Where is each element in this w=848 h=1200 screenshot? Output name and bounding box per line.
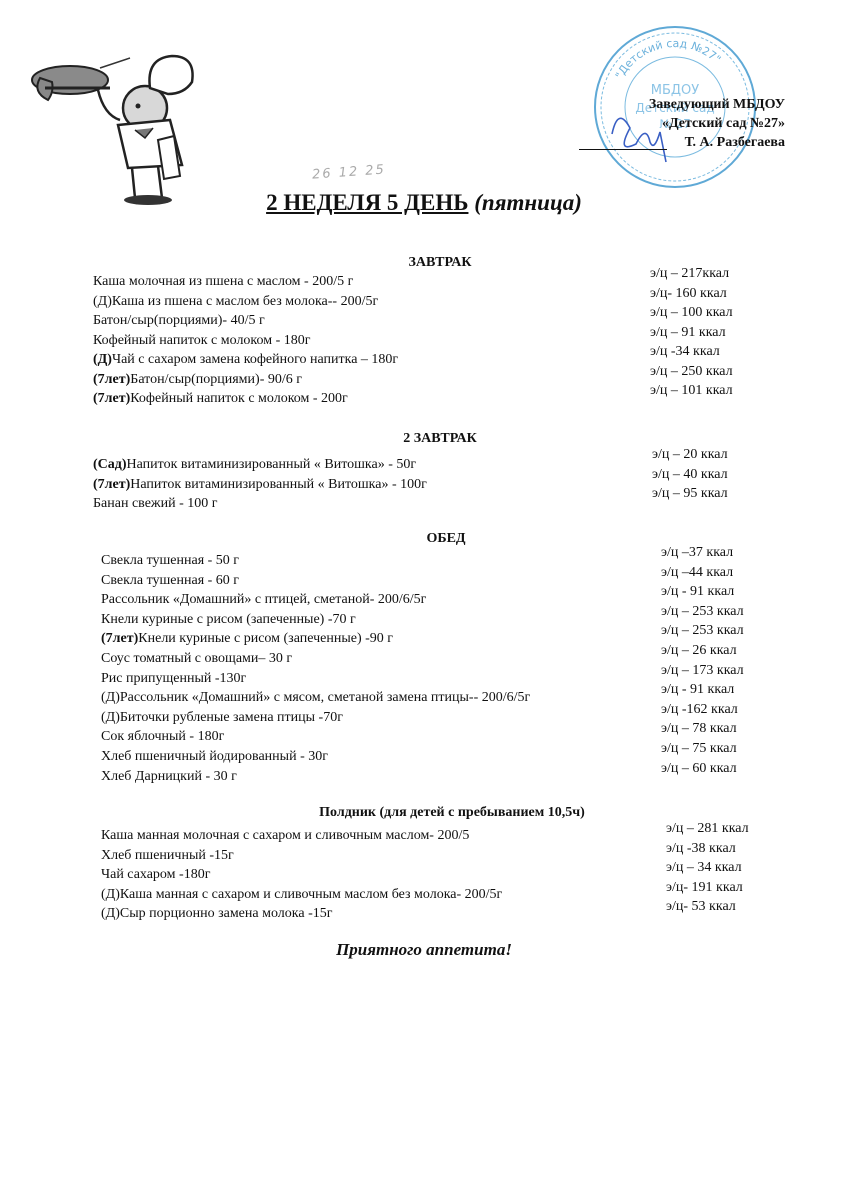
menu-item: Хлеб Дарницкий - 30 г <box>101 767 237 786</box>
menu-item: (7лет)Кофейный напиток с молоком - 200г <box>93 389 348 408</box>
menu-item-energy-value: э/ц- 160 ккал <box>650 284 727 303</box>
menu-item: Свекла тушенная - 60 г <box>101 571 239 590</box>
menu-item-energy-value: э/ц – 34 ккал <box>666 858 742 877</box>
menu-item: Рассольник «Домашний» с птицей, сметаной… <box>101 590 426 609</box>
menu-item-name: Хлеб пшеничный -15г <box>101 848 234 863</box>
menu-item-energy-value: э/ц -34 ккал <box>650 342 720 361</box>
menu-item-name: Рассольник «Домашний» с птицей, сметаной… <box>101 592 426 607</box>
menu-item-name: (Д)Каша манная с сахаром и сливочным мас… <box>101 887 502 902</box>
svg-text:"Детский сад №27": "Детский сад №27" <box>613 37 724 81</box>
menu-item-name: Батон/сыр(порциями)- 90/6 г <box>130 372 302 387</box>
menu-item-name: (Д)Рассольник «Домашний» с мясом, сметан… <box>101 690 530 705</box>
title-weekday-name: (пятница) <box>474 190 582 215</box>
menu-item: (7лет)Напиток витаминизированный « Витош… <box>93 475 427 494</box>
menu-item-name: Кнели куриные с рисом (запеченные) -90 г <box>138 631 393 646</box>
menu-item-name: Чай сахаром -180г <box>101 867 210 882</box>
menu-item: Хлеб пшеничный йодированный - 30г <box>101 747 328 766</box>
closing-wish: Приятного аппетита! <box>0 940 848 960</box>
menu-item-energy-value: э/ц - 91 ккал <box>661 582 734 601</box>
title-week-day: 2 НЕДЕЛЯ 5 ДЕНЬ <box>266 190 468 215</box>
menu-item: (Сад)Напиток витаминизированный « Витошк… <box>93 455 416 474</box>
menu-item-group-prefix: (Д) <box>93 352 112 367</box>
menu-item-group-prefix: (7лет) <box>93 372 130 387</box>
menu-item-energy-value: э/ц -38 ккал <box>666 839 736 858</box>
menu-item-energy-value: э/ц – 40 ккал <box>652 465 728 484</box>
menu-item-name: Рис припущенный -130г <box>101 671 246 686</box>
section-heading: Полдник (для детей с пребыванием 10,5ч) <box>252 805 652 821</box>
menu-item-energy-value: э/ц -162 ккал <box>661 700 738 719</box>
approval-organization: «Детский сад №27» <box>575 114 785 133</box>
stamp-ring-text: "Детский сад №27" <box>613 37 724 81</box>
menu-item: (Д)Биточки рубленые замена птицы -70г <box>101 708 343 727</box>
menu-item-group-prefix: (7лет) <box>93 391 130 406</box>
menu-item-energy-value: э/ц – 91 ккал <box>650 323 726 342</box>
menu-item-energy-value: э/ц- 191 ккал <box>666 878 743 897</box>
menu-item-energy-value: э/ц – 173 ккал <box>661 661 744 680</box>
menu-item-energy-value: э/ц- 53 ккал <box>666 897 736 916</box>
menu-item: Кнели куриные с рисом (запеченные) -70 г <box>101 610 356 629</box>
menu-item-name: (Д)Биточки рубленые замена птицы -70г <box>101 710 343 725</box>
section-heading: ЗАВТРАК <box>240 255 640 271</box>
menu-item-name: Каша молочная из пшена с маслом - 200/5 … <box>93 274 353 289</box>
menu-item: (Д)Каша из пшена с маслом без молока-- 2… <box>93 292 378 311</box>
menu-item-energy-value: э/ц – 60 ккал <box>661 759 737 778</box>
chef-illustration-icon <box>10 40 200 210</box>
menu-item-name: Каша манная молочная с сахаром и сливочн… <box>101 828 469 843</box>
approval-block: Заведующий МБДОУ «Детский сад №27» Т. А.… <box>575 95 785 152</box>
menu-item-name: Батон/сыр(порциями)- 40/5 г <box>93 313 265 328</box>
signature-line <box>579 149 667 150</box>
menu-item: Батон/сыр(порциями)- 40/5 г <box>93 311 265 330</box>
menu-item: Кофейный напиток с молоком - 180г <box>93 331 311 350</box>
menu-item-name: (Д)Сыр порционно замена молока -15г <box>101 906 332 921</box>
menu-item-energy-value: э/ц – 78 ккал <box>661 719 737 738</box>
menu-item-energy-value: э/ц – 26 ккал <box>661 641 737 660</box>
menu-item-energy-value: э/ц – 75 ккал <box>661 739 737 758</box>
menu-item-energy-value: э/ц –37 ккал <box>661 543 733 562</box>
menu-item-name: Хлеб пшеничный йодированный - 30г <box>101 749 328 764</box>
menu-item: Сок яблочный - 180г <box>101 727 224 746</box>
menu-item-group-prefix: (7лет) <box>93 477 130 492</box>
menu-item-name: Чай с сахаром замена кофейного напитка –… <box>112 352 398 367</box>
menu-item: Хлеб пшеничный -15г <box>101 846 234 865</box>
menu-item: (7лет)Батон/сыр(порциями)- 90/6 г <box>93 370 302 389</box>
menu-item-name: Кофейный напиток с молоком - 180г <box>93 333 311 348</box>
menu-item: Каша молочная из пшена с маслом - 200/5 … <box>93 272 353 291</box>
menu-item-name: Напиток витаминизированный « Витошка» - … <box>130 477 427 492</box>
menu-item-name: Кнели куриные с рисом (запеченные) -70 г <box>101 612 356 627</box>
menu-item-energy-value: э/ц – 101 ккал <box>650 381 733 400</box>
menu-item: (Д)Каша манная с сахаром и сливочным мас… <box>101 885 502 904</box>
menu-item-energy-value: э/ц – 253 ккал <box>661 621 744 640</box>
menu-item-energy-value: э/ц – 217ккал <box>650 264 729 283</box>
menu-item-name: (Д)Каша из пшена с маслом без молока-- 2… <box>93 294 378 309</box>
section-heading: ОБЕД <box>246 531 646 547</box>
menu-item: Соус томатный с овощами– 30 г <box>101 649 292 668</box>
menu-item: Каша манная молочная с сахаром и сливочн… <box>101 826 469 845</box>
menu-item-energy-value: э/ц – 250 ккал <box>650 362 733 381</box>
handwritten-date-note: 26 12 25 <box>312 162 387 182</box>
menu-item: Рис припущенный -130г <box>101 669 246 688</box>
menu-item-name: Хлеб Дарницкий - 30 г <box>101 769 237 784</box>
menu-item-name: Напиток витаминизированный « Витошка» - … <box>127 457 417 472</box>
menu-item: (7лет)Кнели куриные с рисом (запеченные)… <box>101 629 393 648</box>
menu-item: (Д)Чай с сахаром замена кофейного напитк… <box>93 350 398 369</box>
menu-item: (Д)Рассольник «Домашний» с мясом, сметан… <box>101 688 530 707</box>
approval-position: Заведующий МБДОУ <box>575 95 785 114</box>
menu-item-name: Кофейный напиток с молоком - 200г <box>130 391 348 406</box>
menu-item-energy-value: э/ц – 253 ккал <box>661 602 744 621</box>
menu-item-energy-value: э/ц –44 ккал <box>661 563 733 582</box>
page-title: 2 НЕДЕЛЯ 5 ДЕНЬ (пятница) <box>0 190 848 216</box>
menu-item-name: Соус томатный с овощами– 30 г <box>101 651 292 666</box>
menu-item-name: Свекла тушенная - 60 г <box>101 573 239 588</box>
menu-item-energy-value: э/ц - 91 ккал <box>661 680 734 699</box>
menu-item-name: Сок яблочный - 180г <box>101 729 224 744</box>
menu-item-energy-value: э/ц – 281 ккал <box>666 819 749 838</box>
menu-item: Чай сахаром -180г <box>101 865 210 884</box>
menu-item-name: Банан свежий - 100 г <box>93 496 217 511</box>
menu-item-name: Свекла тушенная - 50 г <box>101 553 239 568</box>
menu-item: Свекла тушенная - 50 г <box>101 551 239 570</box>
menu-item-energy-value: э/ц – 20 ккал <box>652 445 728 464</box>
menu-item-energy-value: э/ц – 95 ккал <box>652 484 728 503</box>
section-heading: 2 ЗАВТРАК <box>240 431 640 447</box>
menu-item-group-prefix: (Сад) <box>93 457 127 472</box>
menu-item: (Д)Сыр порционно замена молока -15г <box>101 904 332 923</box>
menu-item-group-prefix: (7лет) <box>101 631 138 646</box>
menu-item: Банан свежий - 100 г <box>93 494 217 513</box>
menu-item-energy-value: э/ц – 100 ккал <box>650 303 733 322</box>
